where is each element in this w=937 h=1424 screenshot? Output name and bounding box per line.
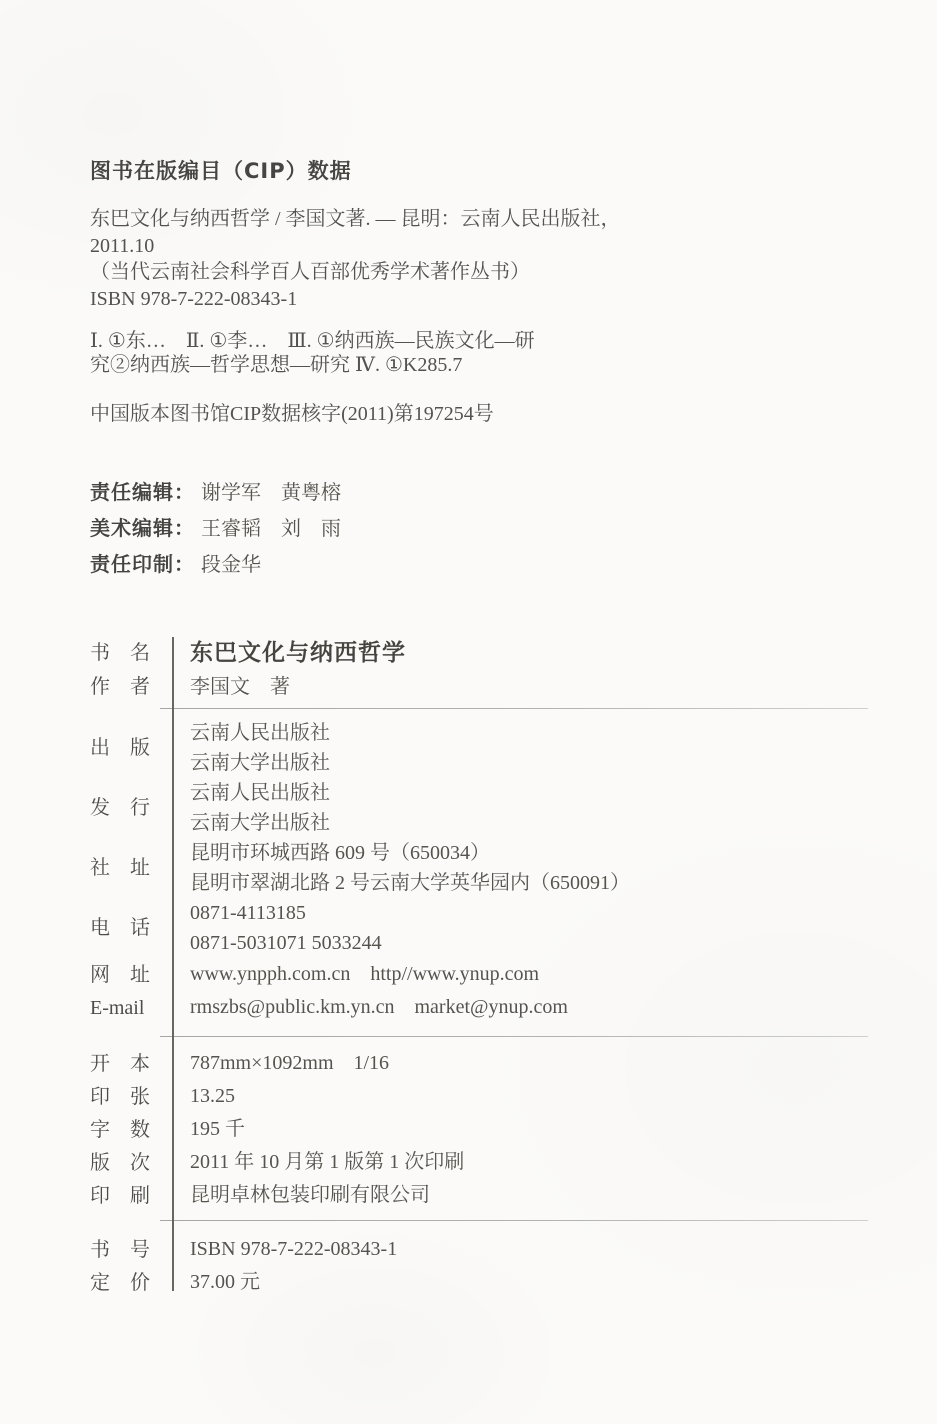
row-label: 社 址 xyxy=(90,853,172,883)
table-vertical-rule xyxy=(172,637,174,1291)
email-address: rmszbs@public.km.yn.cn market@ynup.com xyxy=(190,991,568,1024)
price-value: 37.00 元 xyxy=(190,1266,260,1299)
publisher-address: 昆明市翠湖北路 2 号云南大学英华园内（650091） xyxy=(190,868,630,898)
staff-name: 谢学军 黄粤榕 xyxy=(201,482,341,504)
divider-line xyxy=(160,1220,868,1221)
sheets-value: 13.25 xyxy=(190,1080,235,1113)
staff-role-label: 责任印制： xyxy=(90,552,195,576)
cip-classification-block: Ⅰ. ①东… Ⅱ. ①李… Ⅲ. ①纳西族—民族文化—研 究②纳西族—哲学思想—… xyxy=(90,330,890,377)
cip-description-block: 东巴文化与纳西哲学 / 李国文著. — 昆明：云南人民出版社， 2011.10 … xyxy=(90,206,890,312)
row-label: 电 话 xyxy=(90,913,172,943)
colophon-row-edition: 版 次 2011 年 10 月第 1 版第 1 次印刷 xyxy=(90,1146,890,1179)
row-label: 印 张 xyxy=(90,1082,172,1112)
phone-number: 0871-5031071 5033244 xyxy=(190,928,382,958)
cip-description-line: 东巴文化与纳西哲学 / 李国文著. — 昆明：云南人民出版社， xyxy=(90,206,890,233)
row-label: 发 行 xyxy=(90,793,172,823)
colophon-row-author: 作 者 李国文 著 xyxy=(90,671,890,703)
row-label: 字 数 xyxy=(90,1115,172,1145)
row-label: 版 次 xyxy=(90,1148,172,1178)
colophon-row-format: 开 本 787mm×1092mm 1/16 xyxy=(90,1047,890,1080)
colophon-row-website: 网 址 www.ynpph.com.cn http//www.ynup.com xyxy=(90,958,890,991)
colophon-row-book-title: 书 名 东巴文化与纳西哲学 xyxy=(90,635,890,671)
row-label: 开 本 xyxy=(90,1049,172,1079)
colophon-table: 书 名 东巴文化与纳西哲学 作 者 李国文 著 出 版 云南人民出版社 云南大学… xyxy=(90,635,890,1299)
classification-line: 究②纳西族—哲学思想—研究 Ⅳ. ①K285.7 xyxy=(90,354,890,378)
row-label: 书 号 xyxy=(90,1235,172,1265)
colophon-row-address: 社 址 昆明市环城西路 609 号（650034） 昆明市翠湖北路 2 号云南大… xyxy=(90,838,890,898)
isbn-line: ISBN 978-7-222-08343-1 xyxy=(90,286,890,313)
colophon-row-price: 定 价 37.00 元 xyxy=(90,1266,890,1299)
row-label: 出 版 xyxy=(90,733,172,763)
format-value: 787mm×1092mm 1/16 xyxy=(190,1047,389,1080)
book-copyright-page: 图书在版编目（CIP）数据 东巴文化与纳西哲学 / 李国文著. — 昆明：云南人… xyxy=(0,0,937,1424)
publisher-name: 云南大学出版社 xyxy=(190,748,330,778)
staff-name: 段金华 xyxy=(201,554,261,576)
publisher-name: 云南人民出版社 xyxy=(190,718,330,748)
author-name: 李国文 著 xyxy=(190,671,290,703)
row-label: 作 者 xyxy=(90,672,172,702)
staff-role-label: 责任编辑： xyxy=(90,480,195,504)
colophon-row-publisher: 出 版 云南人民出版社 云南大学出版社 xyxy=(90,718,890,778)
colophon-row-isbn: 书 号 ISBN 978-7-222-08343-1 xyxy=(90,1233,890,1266)
cip-data-header: 图书在版编目（CIP）数据 xyxy=(90,158,890,184)
divider-line xyxy=(160,1036,868,1037)
phone-number: 0871-4113185 xyxy=(190,898,382,928)
colophon-row-phone: 电 话 0871-4113185 0871-5031071 5033244 xyxy=(90,898,890,958)
row-label: E-mail xyxy=(90,993,172,1023)
colophon-row-distributor: 发 行 云南人民出版社 云南大学出版社 xyxy=(90,778,890,838)
colophon-row-email: E-mail rmszbs@public.km.yn.cn market@ynu… xyxy=(90,991,890,1024)
staff-row: 美术编辑：王睿韬 刘 雨 xyxy=(90,511,890,547)
page-content: 图书在版编目（CIP）数据 东巴文化与纳西哲学 / 李国文著. — 昆明：云南人… xyxy=(90,158,890,1299)
staff-row: 责任印制：段金华 xyxy=(90,547,890,583)
colophon-row-sheets: 印 张 13.25 xyxy=(90,1080,890,1113)
staff-row: 责任编辑：谢学军 黄粤榕 xyxy=(90,475,890,511)
colophon-row-printer: 印 刷 昆明卓林包装印刷有限公司 xyxy=(90,1179,890,1212)
staff-role-label: 美术编辑： xyxy=(90,516,195,540)
staff-name: 王睿韬 刘 雨 xyxy=(201,518,341,540)
edition-value: 2011 年 10 月第 1 版第 1 次印刷 xyxy=(190,1146,464,1179)
cip-series-line: （当代云南社会科学百人百部优秀学术著作丛书） xyxy=(90,259,890,286)
classification-line: Ⅰ. ①东… Ⅱ. ①李… Ⅲ. ①纳西族—民族文化—研 xyxy=(90,330,890,354)
cip-record-number: 中国版本图书馆CIP数据核字(2011)第197254号 xyxy=(90,401,890,427)
printer-name: 昆明卓林包装印刷有限公司 xyxy=(190,1179,430,1212)
row-label: 印 刷 xyxy=(90,1181,172,1211)
wordcount-value: 195 千 xyxy=(190,1113,245,1146)
staff-credits: 责任编辑：谢学军 黄粤榕 美术编辑：王睿韬 刘 雨 责任印制：段金华 xyxy=(90,475,890,583)
row-label: 书 名 xyxy=(90,638,172,668)
divider-line xyxy=(160,708,868,709)
isbn-value: ISBN 978-7-222-08343-1 xyxy=(190,1233,397,1266)
row-label: 定 价 xyxy=(90,1268,172,1298)
distributor-name: 云南大学出版社 xyxy=(190,808,330,838)
row-label: 网 址 xyxy=(90,960,172,990)
colophon-row-wordcount: 字 数 195 千 xyxy=(90,1113,890,1146)
publisher-address: 昆明市环城西路 609 号（650034） xyxy=(190,838,630,868)
book-title: 东巴文化与纳西哲学 xyxy=(190,635,406,671)
cip-description-line: 2011.10 xyxy=(90,233,890,260)
distributor-name: 云南人民出版社 xyxy=(190,778,330,808)
website-url: www.ynpph.com.cn http//www.ynup.com xyxy=(190,958,539,991)
